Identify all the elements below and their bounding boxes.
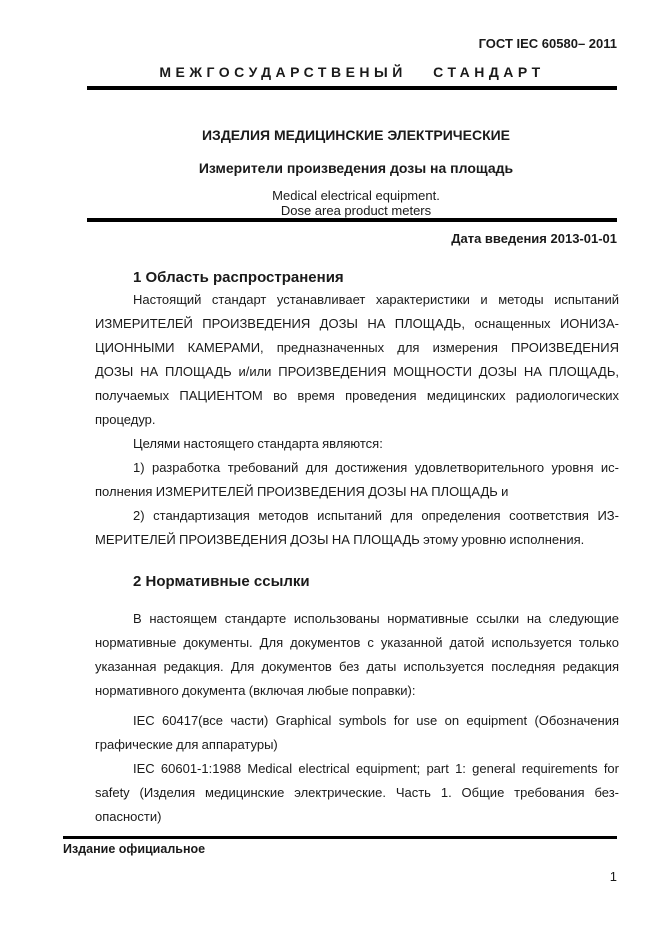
text-line: графические для аппаратуры) — [95, 733, 619, 757]
document-body: 1 Область распространения Настоящий стан… — [95, 268, 619, 829]
paragraph: Настоящий стандарт устанавливает характе… — [95, 288, 619, 432]
text-line: IEC 60601-1:1988 Medical electrical equi… — [95, 757, 619, 781]
text-line: ЦИОННЫМИ КАМЕРАМИ, предназначенных для и… — [95, 336, 619, 360]
text-line: получаемых ПАЦИЕНТОМ во время проведения… — [95, 384, 619, 408]
reference-paragraph: IEC 60601-1:1988 Medical electrical equi… — [95, 757, 619, 829]
title-en-line1: Medical electrical equipment. — [95, 188, 617, 203]
document-code: ГОСТ IEC 60580– 2011 — [479, 36, 617, 51]
official-edition-label: Издание официальное — [63, 842, 205, 856]
paragraph: Целями настоящего стандарта являются: — [95, 432, 619, 456]
document-page: ГОСТ IEC 60580– 2011 МЕЖГОСУДАРСТВЕНЫЙ С… — [0, 0, 661, 936]
document-title-ru: ИЗДЕЛИЯ МЕДИЦИНСКИЕ ЭЛЕКТРИЧЕСКИЕ — [95, 127, 617, 143]
text-line: IEC 60417(все части) Graphical symbols f… — [95, 709, 619, 733]
text-line: процедур. — [95, 408, 619, 432]
text-line: safety (Изделия медицинские электрически… — [95, 781, 619, 805]
paragraph: В настоящем стандарте использованы норма… — [95, 607, 619, 703]
text-line: МЕРИТЕЛЕЙ ПРОИЗВЕДЕНИЯ ДОЗЫ НА ПЛОЩАДЬ э… — [95, 528, 619, 552]
text-line: В настоящем стандарте использованы норма… — [95, 607, 619, 631]
page-number: 1 — [610, 869, 617, 884]
title-rule — [87, 218, 617, 222]
reference-paragraph: IEC 60417(все части) Graphical symbols f… — [95, 709, 619, 757]
document-subtitle-ru: Измерители произведения дозы на площадь — [95, 160, 617, 176]
footer-rule — [63, 836, 617, 839]
header-rule — [87, 86, 617, 90]
document-title-en: Medical electrical equipment. Dose area … — [95, 188, 617, 218]
text-line: 2) стандартизация методов испытаний для … — [95, 504, 619, 528]
standard-type-heading: МЕЖГОСУДАРСТВЕНЫЙ СТАНДАРТ — [87, 64, 617, 80]
section-2-heading: 2 Нормативные ссылки — [133, 572, 619, 592]
text-line: 1) разработка требований для достижения … — [95, 456, 619, 480]
paragraph: 1) разработка требований для достижения … — [95, 456, 619, 504]
text-line: ИЗМЕРИТЕЛЕЙ ПРОИЗВЕДЕНИЯ ДОЗЫ НА ПЛОЩАДЬ… — [95, 312, 619, 336]
section-1-heading: 1 Область распространения — [133, 268, 619, 288]
text-line: Целями настоящего стандарта являются: — [95, 432, 619, 456]
effective-date: Дата введения 2013-01-01 — [95, 231, 617, 246]
paragraph: 2) стандартизация методов испытаний для … — [95, 504, 619, 552]
text-line: опасности) — [95, 805, 619, 829]
text-line: ДОЗЫ НА ПЛОЩАДЬ и/или ПРОИЗВЕДЕНИЯ МОЩНО… — [95, 360, 619, 384]
text-line: нормативного документа (включая любые по… — [95, 679, 619, 703]
text-line: нормативные документы. Для документов с … — [95, 631, 619, 655]
text-line: Настоящий стандарт устанавливает характе… — [95, 288, 619, 312]
text-line: полнения ИЗМЕРИТЕЛЕЙ ПРОИЗВЕДЕНИЯ ДОЗЫ Н… — [95, 480, 619, 504]
text-line: указанная редакция. Для документов без д… — [95, 655, 619, 679]
title-en-line2: Dose area product meters — [95, 203, 617, 218]
